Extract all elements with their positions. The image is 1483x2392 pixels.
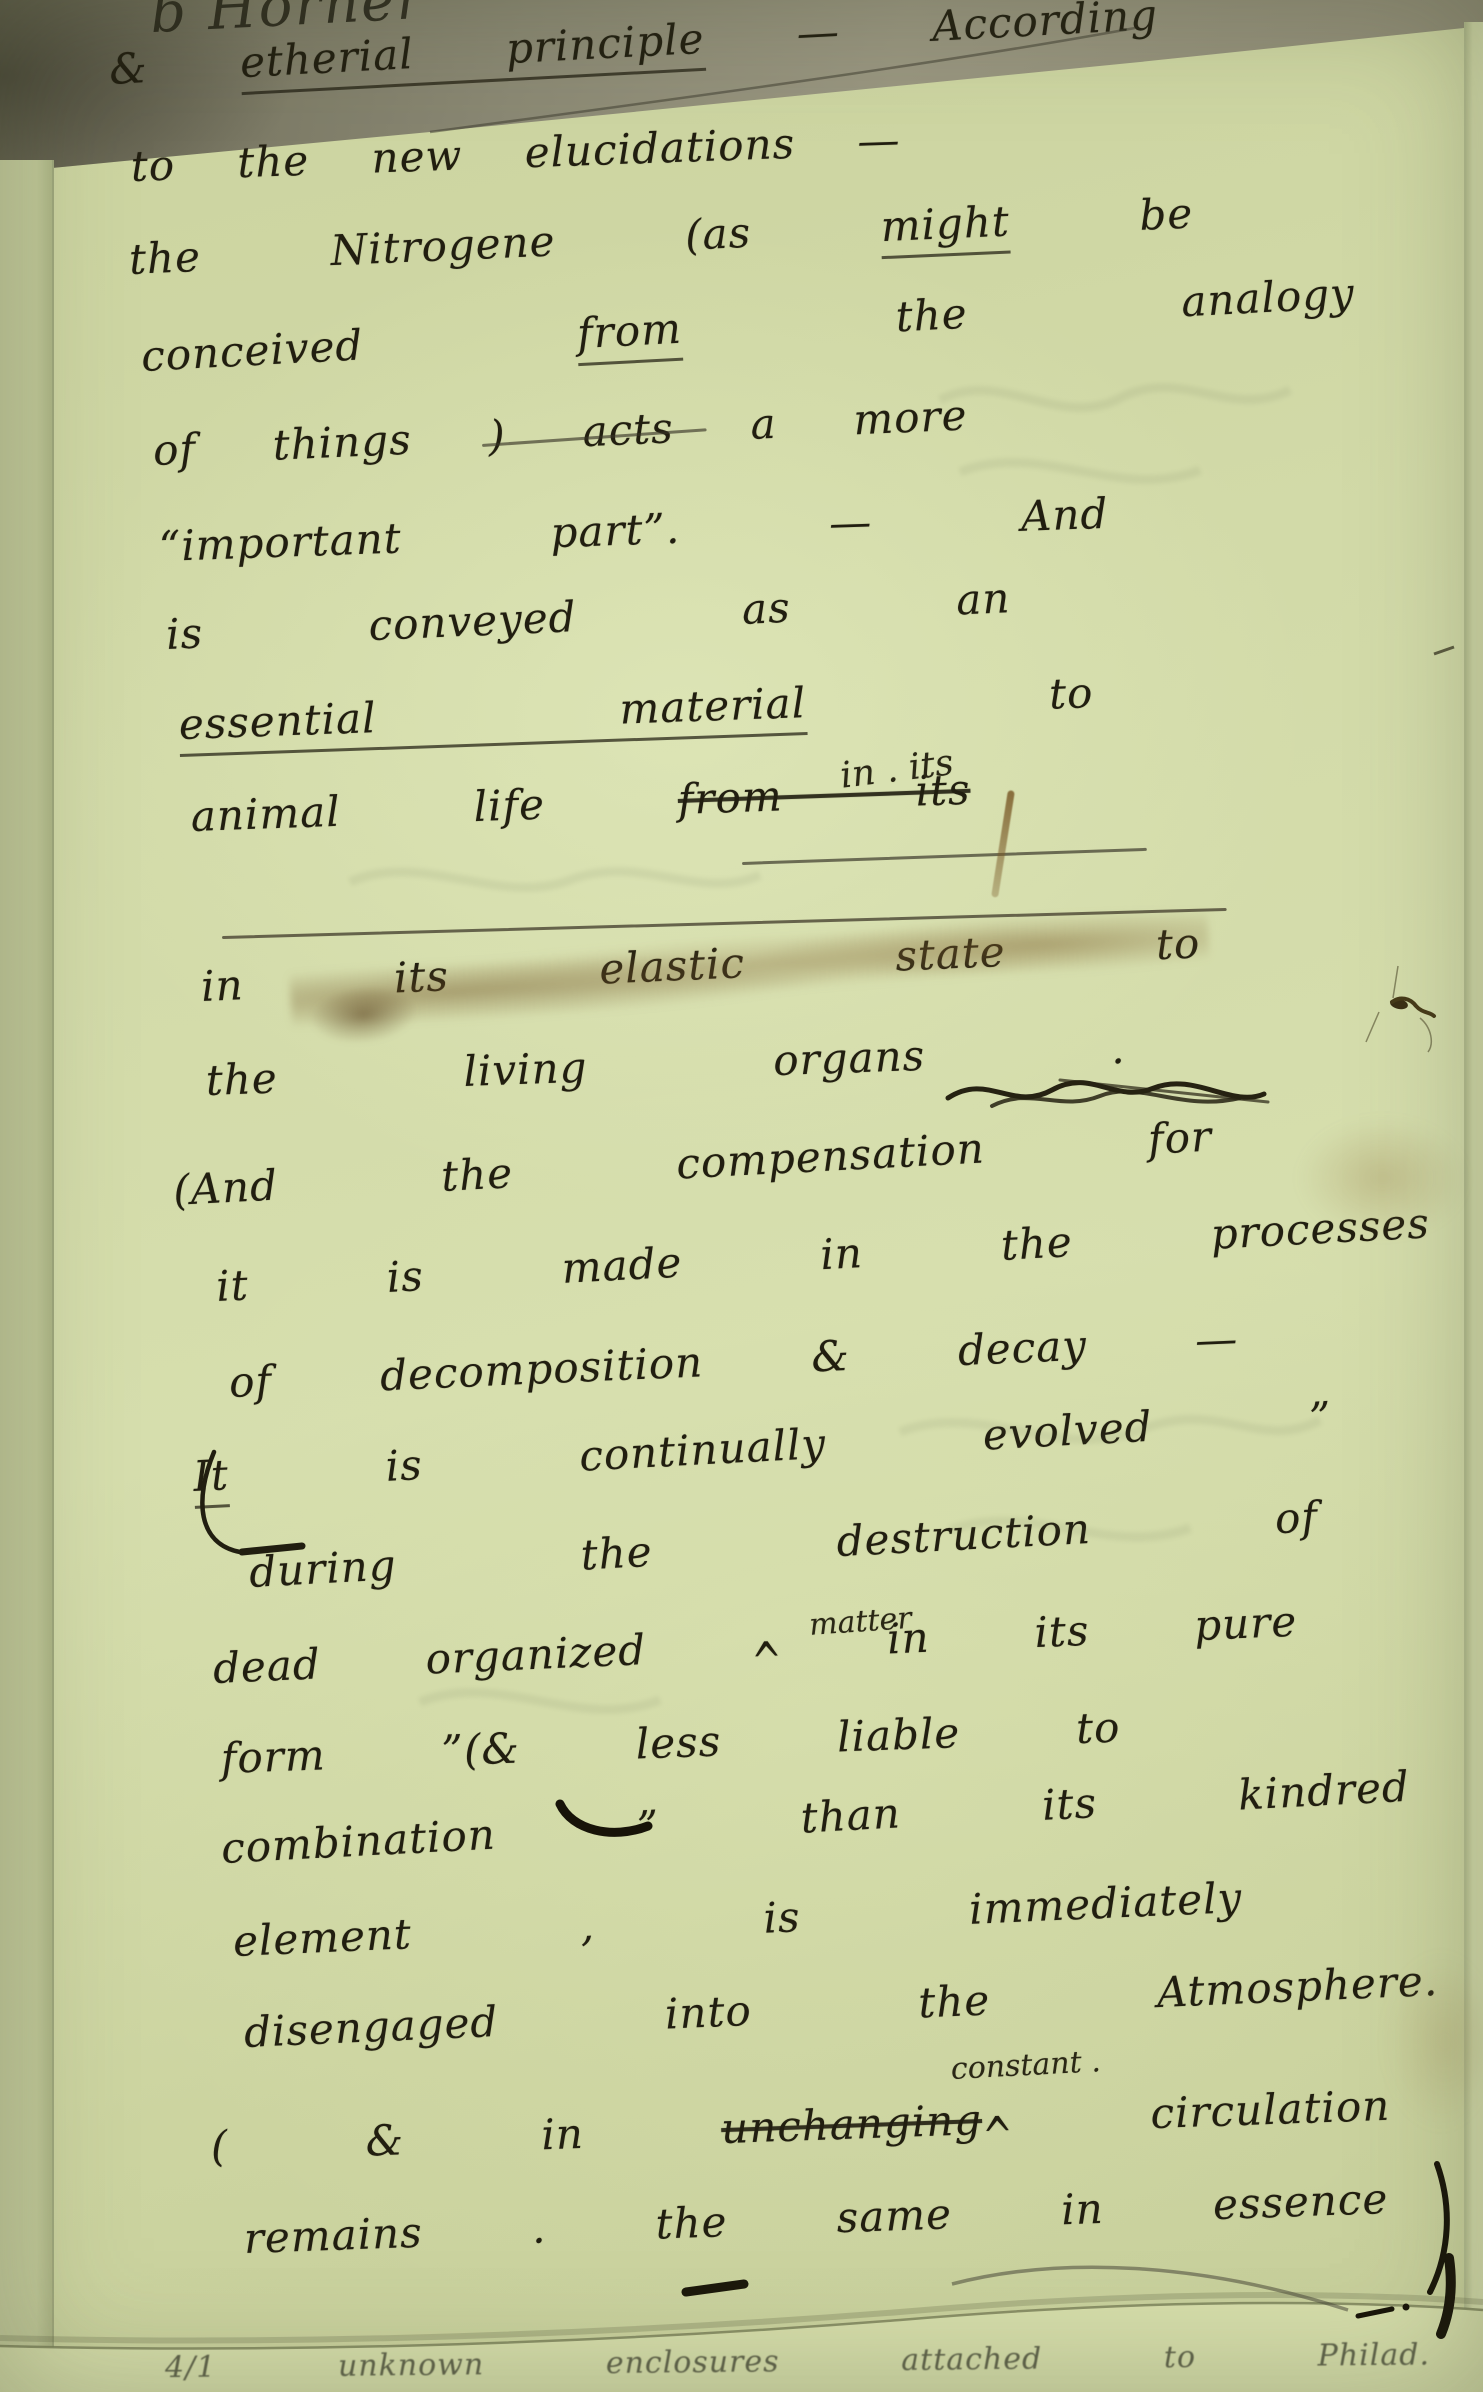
manuscript-line-19: combination ” than its kindred	[220, 1762, 1411, 1873]
word-group: element , is immediately	[232, 1873, 1243, 1966]
manuscript-line-22: ( & in unchanging^ circulation	[210, 2081, 1391, 2171]
word-group: of decomposition & decay —	[228, 1314, 1239, 1407]
word-group: animal life	[190, 775, 679, 841]
underlined-phrase: essential material	[178, 678, 807, 757]
word-group: the analogy	[680, 268, 1355, 352]
word-group: disengaged into the Atmosphere.	[243, 1956, 1439, 2057]
manuscript-line-21: disengaged into the Atmosphere.	[243, 1956, 1439, 2057]
manuscript-line-20: element , is immediately	[232, 1873, 1243, 1966]
word-group: circulation	[1012, 2081, 1391, 2143]
word-group: the living organs .	[205, 1024, 1126, 1105]
struck-through-word: unchanging	[720, 2095, 983, 2153]
word-group: during the destruction of	[248, 1492, 1319, 1597]
manuscript-line-13: it is made in the processes	[215, 1198, 1431, 1311]
interlinear-insert-constant: constant .	[950, 2044, 1102, 2087]
word-group: form ”(& less liable to	[220, 1703, 1121, 1783]
insertion-caret: ^	[750, 1632, 784, 1695]
underline-stroke-fromits	[742, 848, 1147, 865]
word-group: to	[805, 668, 1094, 727]
brown-ink-stroke	[991, 790, 1015, 898]
manuscript-line-17: dead organized ^ in its pure	[212, 1597, 1298, 1693]
manuscript-line-16: during the destruction of	[248, 1492, 1319, 1597]
pencil-curve	[952, 2267, 1348, 2310]
word-group: be	[1009, 189, 1195, 246]
manuscript-line-14: of decomposition & decay —	[228, 1314, 1239, 1407]
word-group: is conveyed as an	[165, 573, 1011, 659]
manuscript-line-08: essential material to	[178, 668, 1094, 749]
page-right-edge	[1464, 22, 1483, 2392]
interlinear-insert-matter: matter	[808, 1601, 913, 1643]
manuscript-photo: b Horner & etherial principle — Accordin…	[0, 0, 1483, 2392]
manuscript-line-18: form ”(& less liable to	[220, 1703, 1121, 1783]
manuscript-line-12: (And the compensation for	[172, 1112, 1213, 1215]
manuscript-line-15: It is continually evolved ”	[192, 1392, 1333, 1501]
word-group: remains . the same in essence	[243, 2174, 1389, 2263]
word-group: combination ” than its kindred	[220, 1762, 1411, 1873]
underlined-word: from	[576, 304, 684, 366]
word-group: the Nitrogene (as	[128, 202, 882, 284]
fold-shadow	[0, 2295, 1483, 2341]
closing-dash	[686, 2284, 744, 2292]
word-group: of things ) acts a more	[152, 390, 968, 475]
manuscript-line-05: of things ) acts a more	[152, 390, 968, 475]
manuscript-line-03: the Nitrogene (as might be	[128, 189, 1194, 284]
word-group: is continually evolved ”	[227, 1392, 1333, 1499]
word-group: (And the compensation for	[172, 1112, 1213, 1215]
manuscript-line-06: “important part”. — And	[158, 489, 1109, 571]
word-group: &	[108, 38, 241, 94]
ink-blot	[1366, 966, 1434, 1052]
underlined-word: It	[192, 1450, 230, 1509]
word-group: in its pure	[886, 1597, 1298, 1664]
manuscript-line-07: is conveyed as an	[165, 573, 1011, 659]
word-group: “important part”. — And	[158, 489, 1109, 571]
word-group: conceived	[140, 309, 578, 381]
underlined-word: might	[880, 197, 1011, 260]
manuscript-line-23: remains . the same in essence	[243, 2174, 1389, 2263]
insertion-caret: ^	[982, 2107, 1015, 2170]
word-group: it is made in the processes	[215, 1198, 1431, 1311]
manuscript-line-04: conceived from the analogy	[140, 268, 1356, 381]
page-left-edge	[0, 160, 54, 2392]
manuscript-line-11: the living organs .	[205, 1024, 1126, 1105]
word-group: dead organized	[212, 1621, 752, 1693]
word-group: ( & in	[210, 2104, 722, 2171]
margin-tick	[1434, 647, 1454, 654]
pencil-archival-note: 4/1 unknown enclosures attached to Phila…	[165, 2337, 1430, 2385]
scribble-cancellation	[948, 1080, 1268, 1106]
